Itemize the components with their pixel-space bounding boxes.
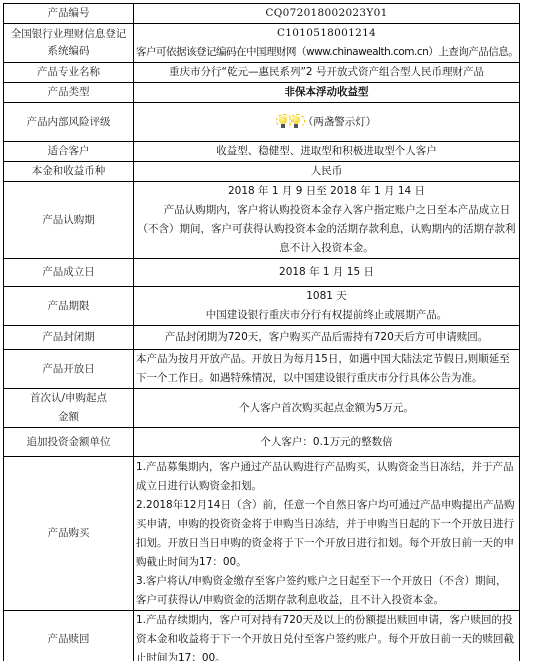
registration-note: 客户可依据该登记编码在中国理财网（www.chinawealth.com.cn）…	[136, 43, 517, 62]
row-registration-code: 全国银行业理财信息登记 系统编码 C1010518001214 客户可依据该登记…	[4, 24, 520, 63]
label-registration-code: 全国银行业理财信息登记 系统编码	[4, 24, 134, 63]
value-subscription-period: 2018 年 1 月 9 日至 2018 年 1 月 14 日 产品认购期内，客…	[134, 182, 520, 259]
label-closed-period: 产品封闭期	[4, 326, 134, 350]
row-product-redemption: 产品赎回 1.产品存续期内，客户可对持有720天及以上的份额提出赎回申请，客户赎…	[4, 611, 520, 661]
label-product-code: 产品编号	[4, 4, 134, 24]
row-product-term: 产品期限 1081 天 中国建设银行重庆市分行有权提前终止或展期产品。	[4, 287, 520, 326]
label-product-name: 产品专业名称	[4, 63, 134, 83]
value-product-code: CQ072018002023Y01	[134, 4, 520, 24]
label-establishment-date: 产品成立日	[4, 259, 134, 287]
label-suitable-clients: 适合客户	[4, 142, 134, 162]
lightbulb-icon	[290, 115, 302, 129]
label-line: 首次认/申购起点	[6, 389, 131, 408]
label-line: 金额	[6, 408, 131, 427]
value-currency: 人民币	[134, 162, 520, 182]
label-open-day: 产品开放日	[4, 350, 134, 389]
subscription-note: 产品认购期内，客户将认购投资本金存入客户指定账户之日至本产品成立日（不含）期间，…	[136, 201, 517, 258]
row-establishment-date: 产品成立日 2018 年 1 月 15 日	[4, 259, 520, 287]
label-additional-unit: 追加投资金额单位	[4, 428, 134, 457]
value-product-redemption: 1.产品存续期内，客户可对持有720天及以上的份额提出赎回申请，客户赎回的投资本…	[134, 611, 520, 661]
row-open-day: 产品开放日 本产品为按月开放产品。开放日为每月15日，如遇中国大陆法定节假日,则…	[4, 350, 520, 389]
row-product-type: 产品类型 非保本浮动收益型	[4, 83, 520, 103]
row-subscription-period: 产品认购期 2018 年 1 月 9 日至 2018 年 1 月 14 日 产品…	[4, 182, 520, 259]
row-min-purchase: 首次认/申购起点 金额 个人客户首次购买起点金额为5万元。	[4, 389, 520, 428]
row-product-purchase: 产品购买 1.产品募集期内，客户通过产品认购进行产品购买，认购资金当日冻结，并于…	[4, 457, 520, 611]
term-days: 1081 天	[136, 287, 517, 306]
label-product-purchase: 产品购买	[4, 457, 134, 611]
row-closed-period: 产品封闭期 产品封闭期为720天，客户购买产品后需持有720天后方可申请赎回。	[4, 326, 520, 350]
label-product-type: 产品类型	[4, 83, 134, 103]
label-line: 全国银行业理财信息登记	[6, 26, 131, 43]
value-product-purchase: 1.产品募集期内，客户通过产品认购进行产品购买，认购资金当日冻结，并于产品成立日…	[134, 457, 520, 611]
value-closed-period: 产品封闭期为720天，客户购买产品后需持有720天后方可申请赎回。	[134, 326, 520, 350]
label-product-term: 产品期限	[4, 287, 134, 326]
risk-rating-text: （两盏警示灯）	[303, 116, 377, 128]
row-risk-rating: 产品内部风险评级 （两盏警示灯）	[4, 103, 520, 142]
row-product-code: 产品编号 CQ072018002023Y01	[4, 4, 520, 24]
label-subscription-period: 产品认购期	[4, 182, 134, 259]
value-establishment-date: 2018 年 1 月 15 日	[134, 259, 520, 287]
row-product-name: 产品专业名称 重庆市分行“乾元—惠民系列”2 号开放式资产组合型人民币理财产品	[4, 63, 520, 83]
value-registration-code: C1010518001214 客户可依据该登记编码在中国理财网（www.chin…	[134, 24, 520, 63]
purchase-item-1: 1.产品募集期内，客户通过产品认购进行产品购买，认购资金当日冻结，并于产品成立日…	[136, 458, 517, 496]
label-risk-rating: 产品内部风险评级	[4, 103, 134, 142]
subscription-dates: 2018 年 1 月 9 日至 2018 年 1 月 14 日	[136, 182, 517, 201]
label-min-purchase: 首次认/申购起点 金额	[4, 389, 134, 428]
product-info-table: 产品编号 CQ072018002023Y01 全国银行业理财信息登记 系统编码 …	[3, 3, 520, 661]
value-open-day: 本产品为按月开放产品。开放日为每月15日，如遇中国大陆法定节假日,则顺延至下一个…	[134, 350, 520, 389]
value-suitable-clients: 收益型、稳健型、进取型和积极进取型个人客户	[134, 142, 520, 162]
value-risk-rating: （两盏警示灯）	[134, 103, 520, 142]
purchase-item-2: 2.2018年12月14日（含）前，任意一个自然日客户均可通过产品申购提出产品购…	[136, 496, 517, 572]
label-currency: 本金和收益币种	[4, 162, 134, 182]
row-additional-unit: 追加投资金额单位 个人客户：0.1万元的整数倍	[4, 428, 520, 457]
value-additional-unit: 个人客户：0.1万元的整数倍	[134, 428, 520, 457]
value-min-purchase: 个人客户首次购买起点金额为5万元。	[134, 389, 520, 428]
term-note: 中国建设银行重庆市分行有权提前终止或展期产品。	[136, 306, 517, 325]
purchase-item-3: 3.客户将认/申购资金缴存至客户签约账户之日起至下一个开放日（不含）期间，	[136, 572, 517, 591]
purchase-item-3-cont: 客户可获得认/申购资金的活期存款利息收益，且不计入投资本金。	[136, 591, 517, 610]
label-line: 系统编码	[6, 43, 131, 60]
label-product-redemption: 产品赎回	[4, 611, 134, 661]
lightbulb-icon	[277, 115, 289, 129]
value-product-term: 1081 天 中国建设银行重庆市分行有权提前终止或展期产品。	[134, 287, 520, 326]
registration-code: C1010518001214	[136, 24, 517, 43]
row-currency: 本金和收益币种 人民币	[4, 162, 520, 182]
row-suitable-clients: 适合客户 收益型、稳健型、进取型和积极进取型个人客户	[4, 142, 520, 162]
value-product-name: 重庆市分行“乾元—惠民系列”2 号开放式资产组合型人民币理财产品	[134, 63, 520, 83]
value-product-type: 非保本浮动收益型	[134, 83, 520, 103]
